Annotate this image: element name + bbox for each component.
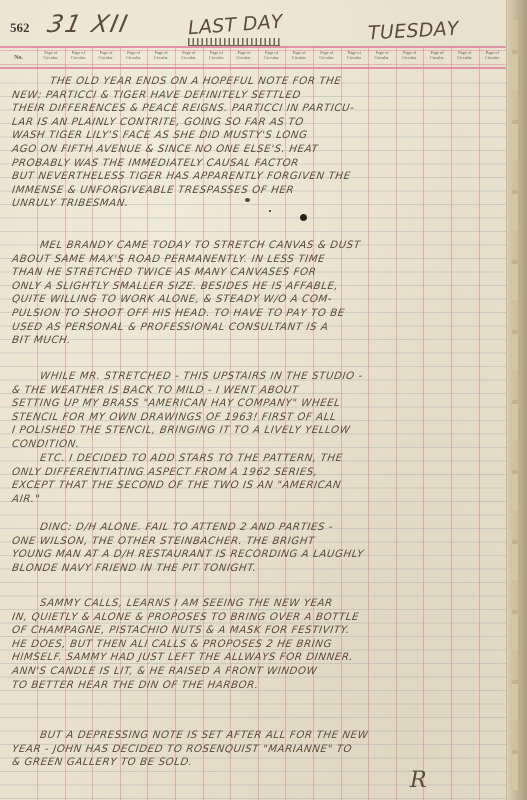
entry-line: USED AS PERSONAL & PROFESSIONAL CONSULTA…	[11, 322, 329, 333]
entry-line: AGO ON FIFTH AVENUE & SINCE NO ONE ELSE'…	[11, 144, 319, 155]
page-number: 562	[10, 20, 30, 36]
column-header-page-of-circular: Page of Circular.	[425, 51, 449, 65]
entry-weekday: TUESDAY	[367, 18, 459, 45]
column-header-page-of-circular: Page of Circular.	[260, 51, 284, 65]
entry-date: 31 XII	[45, 10, 132, 38]
ink-spatter	[245, 198, 250, 202]
column-header-no: No.	[0, 51, 37, 65]
column-header-page-of-circular: Page of Circular.	[398, 51, 422, 65]
entry-line: WHILE MR. STRETCHED - THIS UPSTAIRS IN T…	[39, 371, 363, 382]
entry-line: BLONDE NAVY FRIEND IN THE PIT TONIGHT.	[11, 563, 257, 574]
entry-line: MEL BRANDY CAME TODAY TO STRETCH CANVAS …	[39, 240, 361, 251]
title-underline-squiggle	[188, 38, 280, 46]
entry-line: AIR."	[11, 494, 41, 505]
entry-line: ONE WILSON, THE OTHER STEINBACHER. THE B…	[11, 536, 315, 547]
entry-line: & GREEN GALLERY TO BE SOLD.	[11, 757, 193, 768]
entry-line: ETC. I DECIDED TO ADD STARS TO THE PATTE…	[39, 453, 343, 464]
entry-line: HIMSELF. SAMMY HAD JUST LEFT THE ALLWAYS…	[11, 652, 354, 663]
entry-line: LAR IS AN PLAINLY CONTRITE, GOING SO FAR…	[11, 117, 304, 128]
entry-line: ABOUT SAME MAX'S ROAD PERMANENTLY. IN LE…	[11, 254, 326, 265]
column-header-page-of-circular: Page of Circular.	[481, 51, 505, 65]
entry-line: SAMMY CALLS, LEARNS I AM SEEING THE NEW …	[39, 598, 333, 609]
entry-line: UNRULY TRIBESMAN.	[11, 198, 129, 209]
ink-dot	[269, 210, 271, 212]
page-edge-torn	[512, 20, 518, 790]
diary-page: No.Page of Circular.Page of Circular.Pag…	[0, 0, 516, 800]
entry-line: PULSION TO SHOOT OFF HIS HEAD. TO HAVE T…	[11, 308, 345, 319]
column-header-page-of-circular: Page of Circular.	[205, 51, 229, 65]
entry-line: PROBABLY WAS THE IMMEDIATELY CAUSAL FACT…	[11, 158, 299, 169]
column-header-page-of-circular: Page of Circular.	[287, 51, 311, 65]
entry-line: THEIR DIFFERENCES & PEACE REIGNS. PARTIC…	[11, 103, 355, 114]
entry-line: NEW: PARTICCI & TIGER HAVE DEFINITELY SE…	[11, 90, 301, 101]
entry-line: TO BETTER HEAR THE DIN OF THE HARBOR.	[11, 680, 259, 691]
entry-line: ANN'S CANDLE IS LIT, & HE RAISED A FRONT…	[11, 666, 318, 677]
column-header-page-of-circular: Page of Circular.	[149, 51, 173, 65]
date-text: 31 XII	[45, 10, 132, 38]
entry-line: YEAR - JOHN HAS DECIDED TO ROSENQUIST "M…	[11, 744, 352, 755]
column-header-page-of-circular: Page of Circular.	[94, 51, 118, 65]
entry-line: & THE WEATHER IS BACK TO MILD - I WENT A…	[11, 385, 299, 396]
entry-line: YOUNG MAN AT A D/H RESTAURANT IS RECORDI…	[11, 549, 364, 560]
entry-line: THE OLD YEAR ENDS ON A HOPEFUL NOTE FOR …	[49, 76, 342, 87]
entry-line: QUITE WILLING TO WORK ALONE, & STEADY W/…	[11, 294, 333, 305]
column-header-page-of-circular: Page of Circular.	[453, 51, 477, 65]
entry-line: STENCIL FOR MY OWN DRAWINGS OF 1963! FIR…	[11, 412, 337, 423]
entry-title: LAST DAY	[187, 11, 283, 40]
entry-line: DINC: D/H ALONE. FAIL TO ATTEND 2 AND PA…	[39, 522, 334, 533]
entry-line: IN, QUIETLY & ALONE & PROPOSES TO BRING …	[11, 612, 360, 623]
column-header-page-of-circular: Page of Circular.	[67, 51, 91, 65]
entry-line: BUT A DEPRESSING NOTE IS SET AFTER ALL F…	[39, 730, 369, 741]
column-header-page-of-circular: Page of Circular.	[122, 51, 146, 65]
entry-line: OF CHAMPAGNE, PISTACHIO NUTS & A MASK FO…	[11, 625, 350, 636]
entry-line: ONLY A SLIGHTLY SMALLER SIZE. BESIDES HE…	[11, 281, 339, 292]
entry-line: HE DOES, BUT THEN ALI CALLS & PROPOSES 2…	[11, 639, 332, 650]
column-header-page-of-circular: Page of Circular.	[343, 51, 367, 65]
column-header-page-of-circular: Page of Circular.	[232, 51, 256, 65]
entry-line: BUT NEVERTHELESS TIGER HAS APPARENTLY FO…	[11, 171, 351, 182]
column-header-page-of-circular: Page of Circular.	[39, 51, 63, 65]
signature-initial: R	[410, 768, 427, 793]
entry-line: BIT MUCH.	[11, 335, 72, 346]
column-header-page-of-circular: Page of Circular.	[315, 51, 339, 65]
entry-line: WASH TIGER LILY'S FACE AS SHE DID MUSTY'…	[11, 130, 308, 141]
ink-blot	[300, 214, 307, 221]
column-header-page-of-circular: Page of Circular.	[370, 51, 394, 65]
entry-line: SETTING UP MY BRASS "AMERICAN HAY COMPAN…	[11, 398, 341, 409]
entry-line: EXCEPT THAT THE SECOND OF THE TWO IS AN …	[11, 480, 342, 491]
column-header-page-of-circular: Page of Circular.	[177, 51, 201, 65]
entry-line: ONLY DIFFERENTIATING ASPECT FROM A 1962 …	[11, 467, 318, 478]
entry-line: IMMENSE & UNFORGIVEABLE TRESPASSES OF HE…	[11, 185, 295, 196]
entry-line: I POLISHED THE STENCIL, BRINGING IT TO A…	[11, 425, 351, 436]
entry-line: CONDITION.	[11, 439, 80, 450]
entry-line: THAN HE STRETCHED TWICE AS MANY CANVASES…	[11, 267, 317, 278]
handwritten-entry: THE OLD YEAR ENDS ON A HOPEFUL NOTE FOR …	[0, 70, 506, 800]
